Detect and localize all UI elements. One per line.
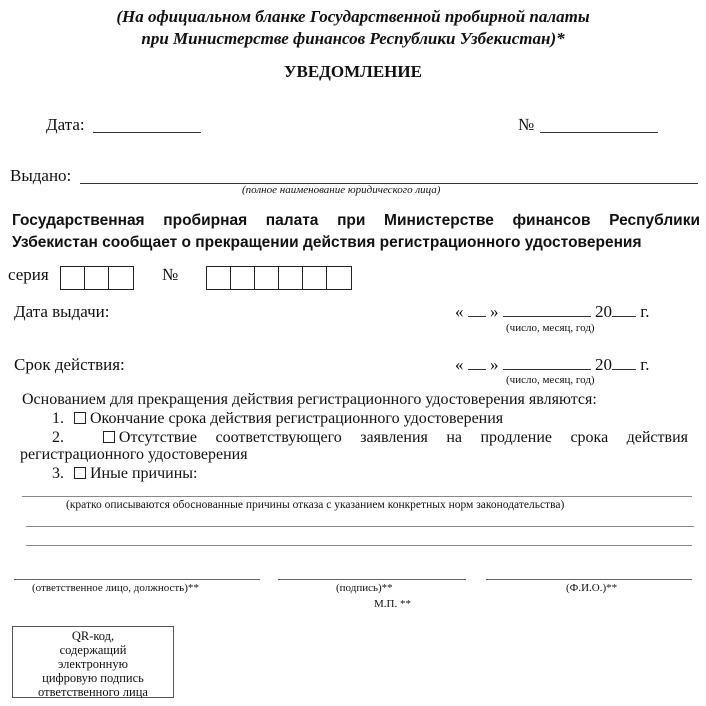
signature-caption: (подпись)**	[336, 582, 393, 594]
issue-month-field[interactable]	[503, 316, 591, 317]
ground-checkbox-1[interactable]	[74, 412, 86, 424]
letterhead-line-2: при Министерстве финансов Республики Узб…	[0, 28, 706, 50]
issued-caption: (полное наименование юридического лица)	[242, 184, 440, 196]
issue-year-field[interactable]	[612, 316, 636, 317]
ground-item-2-continued: регистрационного удостоверения	[20, 445, 248, 464]
issue-day-field[interactable]	[468, 316, 486, 317]
reasons-line-3[interactable]	[26, 545, 692, 546]
qr-text-line: ответственного лица	[13, 685, 173, 699]
letterhead-line-1: (На официальном бланке Государственной п…	[0, 6, 706, 28]
qr-code-placeholder: QR-код, содержащий электронную цифровую …	[12, 626, 174, 698]
number-label: №	[518, 115, 534, 135]
century: 20	[595, 302, 612, 321]
statement-paragraph: Государственная пробирная палата при Мин…	[12, 210, 700, 254]
validity-label: Срок действия:	[14, 355, 125, 375]
validity-caption: (число, месяц, год)	[506, 374, 595, 386]
qr-text-line: электронную	[13, 657, 173, 671]
validity-year-field[interactable]	[612, 369, 636, 370]
ground-checkbox-3[interactable]	[74, 467, 86, 479]
reasons-line-2[interactable]	[26, 526, 694, 527]
date-label: Дата:	[46, 115, 85, 135]
letterhead-note: (На официальном бланке Государственной п…	[0, 6, 706, 50]
century: 20	[595, 355, 612, 374]
issue-date-caption: (число, месяц, год)	[506, 322, 595, 334]
series-cell[interactable]	[61, 267, 85, 289]
full-name-line[interactable]	[486, 579, 692, 580]
issue-date-field: « » 20 г.	[455, 302, 675, 322]
cert-number-cell[interactable]	[327, 267, 351, 289]
qr-text-line: содержащий	[13, 643, 173, 657]
cert-number-cell[interactable]	[231, 267, 255, 289]
ground-item-3: 3. Иные причины:	[52, 464, 197, 483]
series-cell[interactable]	[109, 267, 133, 289]
document-title: УВЕДОМЛЕНИЕ	[0, 62, 706, 82]
series-cell[interactable]	[85, 267, 109, 289]
stamp-placeholder: М.П. **	[374, 598, 411, 610]
validity-date-field: « » 20 г.	[455, 355, 675, 375]
ground-item-1: 1. Окончание срока действия регистрацион…	[52, 409, 503, 428]
cert-number-cell[interactable]	[255, 267, 279, 289]
grounds-intro: Основанием для прекращения действия реги…	[22, 390, 597, 409]
qr-text-line: цифровую подпись	[13, 671, 173, 685]
validity-day-field[interactable]	[468, 369, 486, 370]
open-quote: «	[455, 355, 464, 374]
ground-text: Отсутствие соответствующего заявления на…	[119, 429, 688, 446]
year-suffix: г.	[640, 355, 649, 374]
cert-number-cell[interactable]	[207, 267, 231, 289]
year-suffix: г.	[640, 302, 649, 321]
number-field[interactable]	[540, 132, 658, 133]
cert-number-boxes[interactable]	[206, 266, 352, 290]
validity-month-field[interactable]	[503, 369, 591, 370]
cert-number-cell[interactable]	[303, 267, 327, 289]
ground-number: 2.	[52, 429, 64, 446]
ground-number: 1.	[52, 410, 64, 427]
cert-number-label: №	[162, 265, 178, 285]
series-boxes[interactable]	[60, 266, 134, 290]
reasons-caption: (кратко описываются обоснованные причины…	[66, 499, 564, 511]
series-label: серия	[8, 265, 49, 285]
open-quote: «	[455, 302, 464, 321]
ground-text: Иные причины:	[90, 465, 197, 482]
ground-text: Окончание срока действия регистрационног…	[90, 410, 503, 427]
qr-text-line: QR-код,	[13, 629, 173, 643]
ground-number: 3.	[52, 465, 64, 482]
ground-checkbox-2[interactable]	[103, 431, 115, 443]
close-quote: »	[490, 355, 499, 374]
position-caption: (ответственное лицо, должность)**	[32, 582, 199, 594]
cert-number-cell[interactable]	[279, 267, 303, 289]
close-quote: »	[490, 302, 499, 321]
position-line[interactable]	[14, 579, 260, 580]
issued-label: Выдано:	[10, 166, 71, 186]
issue-date-label: Дата выдачи:	[14, 302, 109, 322]
signature-line[interactable]	[278, 579, 466, 580]
full-name-caption: (Ф.И.О.)**	[566, 582, 617, 594]
reasons-line-1[interactable]	[22, 496, 692, 497]
date-field[interactable]	[93, 132, 201, 133]
